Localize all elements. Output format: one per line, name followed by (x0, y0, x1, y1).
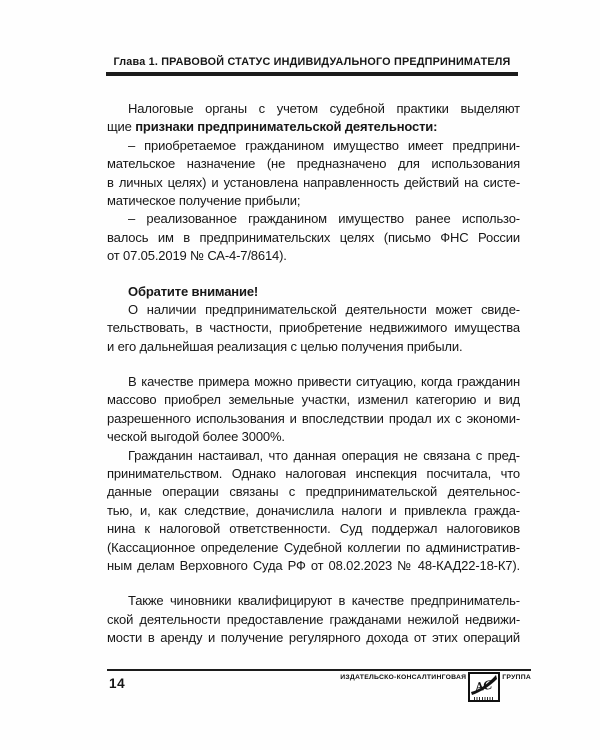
text-segment: данные операции связаны с предпринимател… (107, 484, 520, 499)
text-segment: тью, и, как следствие, доначислила налог… (107, 503, 520, 518)
text-segment: щие (107, 119, 135, 134)
publisher-text-right: ГРУППА (502, 674, 531, 681)
text-segment: мости в аренду и получение регулярного д… (107, 630, 520, 645)
text-segment: и его дальнейшая реализация с целью полу… (107, 339, 462, 354)
text-segment-bold: признаки предпринимательской деятельност… (135, 119, 437, 134)
text-segment: О наличии предпринимательской деятельнос… (128, 302, 520, 317)
paragraph: Налоговые органы с учетом судебной практ… (107, 100, 520, 137)
text-segment: мательское назначение (не предназначено … (107, 156, 520, 171)
text-line: в личных целях) и установлена направленн… (107, 174, 520, 192)
paragraph: Также чиновники квалифицируют в качестве… (107, 592, 520, 647)
publisher-mark: ИЗДАТЕЛЬСКО-КОНСАЛТИНГОВАЯ АС ГРУППА (107, 672, 531, 702)
chapter-header: Глава 1. ПРАВОВОЙ СТАТУС ИНДИВИДУАЛЬНОГО… (106, 56, 518, 76)
text-segment: тельствовать, в частности, приобретение … (107, 320, 520, 335)
text-line: Также чиновники квалифицируют в качестве… (107, 592, 520, 610)
text-segment: Также чиновники квалифицируют в качестве… (128, 593, 520, 608)
text-segment: валось им в предпринимательских целях (п… (107, 230, 520, 245)
paragraph: – реализованное гражданином имущество ра… (107, 210, 520, 265)
text-segment: нина к налоговой ответственности. Суд по… (107, 521, 520, 536)
paragraph: – приобретаемое гражданином имущество им… (107, 137, 520, 211)
text-segment: – приобретаемое гражданином имущество им… (128, 138, 520, 153)
text-line: Гражданин настаивал, что данная операция… (107, 447, 520, 465)
text-line: и его дальнейшая реализация с целью полу… (107, 338, 520, 356)
text-line: – приобретаемое гражданином имущество им… (107, 137, 520, 155)
paragraph: Гражданин настаивал, что данная операция… (107, 447, 520, 576)
publisher-logo-microtext (474, 697, 494, 700)
text-line: разрешенного использования и впоследстви… (107, 410, 520, 428)
text-segment: ным делам Верховного Суда РФ от 08.02.20… (107, 558, 520, 573)
text-segment-bold: Обратите внимание! (128, 284, 258, 299)
text-line: мательское назначение (не предназначено … (107, 155, 520, 173)
footer-rule (107, 669, 531, 671)
paragraph: Обратите внимание! (107, 283, 520, 301)
text-segment: разрешенного использования и впоследстви… (107, 411, 520, 426)
text-segment: массово приобрел земельные участки, изме… (107, 392, 520, 407)
text-line: принимательством. Однако налоговая инспе… (107, 465, 520, 483)
header-rule (106, 72, 518, 76)
text-line: ческой выгодой более 3000%. (107, 428, 520, 446)
text-line: данные операции связаны с предпринимател… (107, 483, 520, 501)
book-page: Глава 1. ПРАВОВОЙ СТАТУС ИНДИВИДУАЛЬНОГО… (0, 0, 600, 750)
text-segment: матическое получение прибыли; (107, 193, 300, 208)
text-line: Налоговые органы с учетом судебной практ… (107, 100, 520, 118)
text-line: ным делам Верховного Суда РФ от 08.02.20… (107, 557, 520, 575)
text-line: матическое получение прибыли; (107, 192, 520, 210)
text-line: массово приобрел земельные участки, изме… (107, 391, 520, 409)
publisher-text-left: ИЗДАТЕЛЬСКО-КОНСАЛТИНГОВАЯ (340, 674, 466, 681)
page-body: Налоговые органы с учетом судебной практ… (107, 100, 520, 648)
text-line: валось им в предпринимательских целях (п… (107, 229, 520, 247)
text-line: от 07.05.2019 № СА-4-7/8614). (107, 247, 520, 265)
text-line: – реализованное гражданином имущество ра… (107, 210, 520, 228)
text-line: ской деятельности предоставление граждан… (107, 611, 520, 629)
text-segment: принимательством. Однако налоговая инспе… (107, 466, 520, 481)
text-line: Обратите внимание! (107, 283, 520, 301)
text-segment: ской деятельности предоставление граждан… (107, 612, 520, 627)
text-line: (Кассационное определение Судебной колле… (107, 539, 520, 557)
text-segment: ческой выгодой более 3000%. (107, 429, 285, 444)
text-line: щие признаки предпринимательской деятель… (107, 118, 520, 136)
text-line: В качестве примера можно привести ситуац… (107, 373, 520, 391)
text-segment: в личных целях) и установлена направленн… (107, 175, 520, 190)
publisher-logo-monogram-icon: АС (471, 675, 497, 696)
text-line: тельствовать, в частности, приобретение … (107, 319, 520, 337)
text-segment: Гражданин настаивал, что данная операция… (128, 448, 520, 463)
text-segment: (Кассационное определение Судебной колле… (107, 540, 520, 555)
paragraph: О наличии предпринимательской деятельнос… (107, 301, 520, 356)
text-line: нина к налоговой ответственности. Суд по… (107, 520, 520, 538)
publisher-logo-letters: АС (473, 677, 494, 695)
publisher-logo: АС (468, 672, 500, 702)
text-segment: от 07.05.2019 № СА-4-7/8614). (107, 248, 287, 263)
text-segment: В качестве примера можно привести ситуац… (128, 374, 520, 389)
text-line: О наличии предпринимательской деятельнос… (107, 301, 520, 319)
paragraph: В качестве примера можно привести ситуац… (107, 373, 520, 447)
text-segment: – реализованное гражданином имущество ра… (128, 211, 520, 226)
text-line: мости в аренду и получение регулярного д… (107, 629, 520, 647)
text-segment: Налоговые органы с учетом судебной практ… (107, 101, 520, 118)
chapter-title: Глава 1. ПРАВОВОЙ СТАТУС ИНДИВИДУАЛЬНОГО… (106, 56, 518, 68)
text-line: тью, и, как следствие, доначислила налог… (107, 502, 520, 520)
